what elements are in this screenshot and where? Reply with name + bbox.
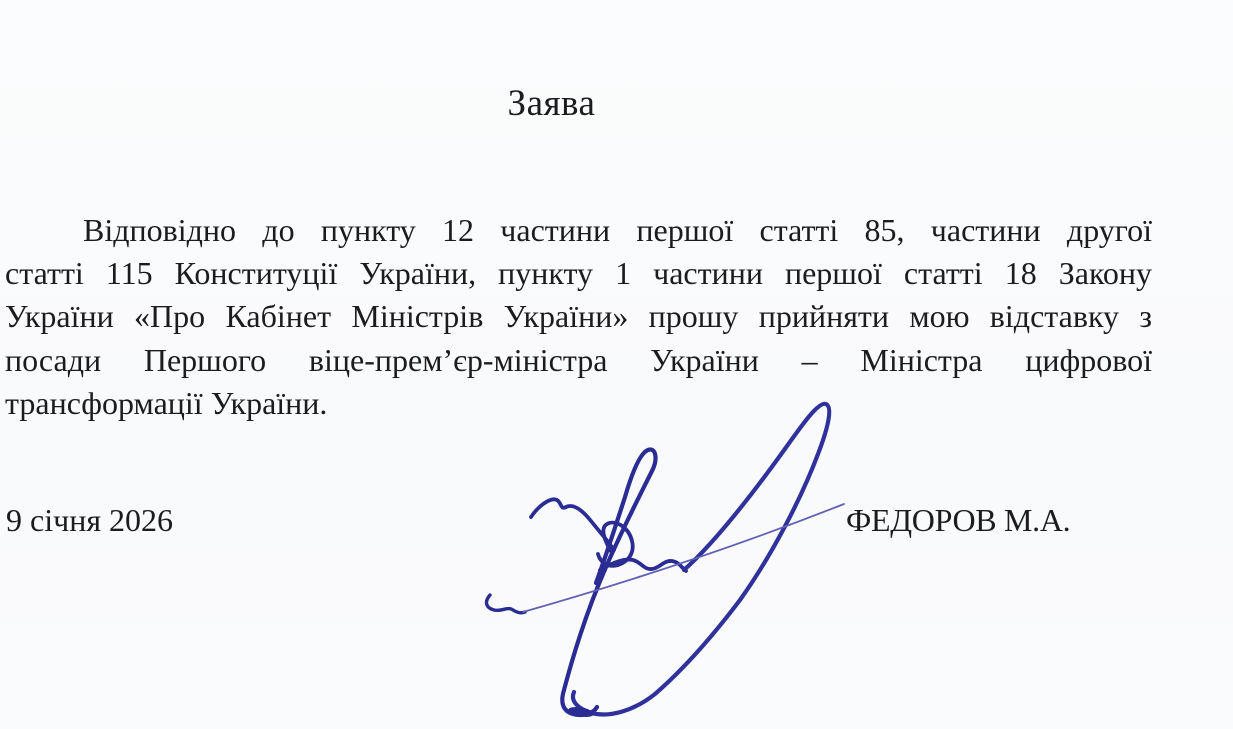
signature-stroke-thin-line — [523, 504, 844, 612]
signature-stroke-wave — [531, 499, 614, 550]
body-line-2: статті 115 Конституції України, пункту 1… — [5, 252, 1152, 295]
signature-stroke-ascender — [562, 450, 655, 715]
signature-stroke-letters — [598, 523, 686, 571]
document-body-paragraph: Відповідно до пункту 12 частини першої с… — [5, 209, 1152, 425]
body-line-3: України «Про Кабінет Міністрів України» … — [5, 295, 1152, 338]
signature-stroke-hook — [487, 595, 525, 613]
body-line-4: посади Першого віце-прем’єр-міністра Укр… — [5, 339, 1152, 382]
signer-name: ФЕДОРОВ М.А. — [846, 499, 1070, 542]
body-line-1: Відповідно до пункту 12 частини першої с… — [5, 209, 1152, 252]
document-title: Заява — [0, 82, 1125, 125]
document-date: 9 січня 2026 — [6, 499, 173, 542]
signature-ink-blob — [567, 705, 594, 718]
body-line-5: трансформації України. — [5, 382, 1152, 425]
signature-stroke-tall-loop — [573, 404, 829, 715]
scanned-document-page: Заява Відповідно до пункту 12 частини пе… — [0, 0, 1233, 729]
